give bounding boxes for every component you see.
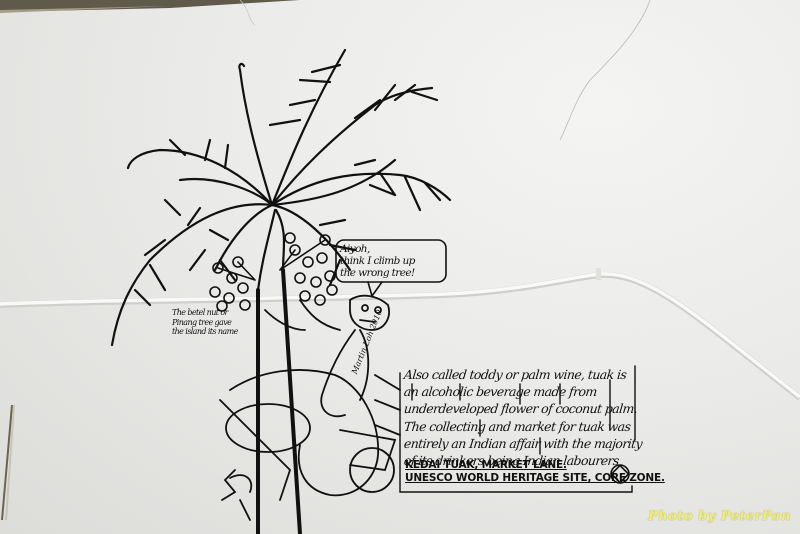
side-note-line: Pinang tree gave — [172, 318, 238, 328]
plaque-line: underdeveloped flower of coconut palm. — [403, 400, 643, 417]
speech-line: the wrong tree! — [340, 267, 415, 279]
side-note-line: the island its name — [172, 327, 238, 337]
photo-credit-watermark: Photo by PeterPan — [648, 509, 791, 524]
speech-line: Aiyoh, — [340, 243, 415, 255]
plaque-banner-location: KEDAI TUAK, MARKET LANE. — [405, 459, 567, 471]
speech-line: think I climb up — [340, 255, 415, 267]
speech-bubble-text: Aiyoh, think I climb up the wrong tree! — [340, 243, 415, 279]
side-note-line: The betel nut or — [172, 308, 238, 318]
plaque-text: Also called toddy or palm wine, tuak is … — [404, 366, 642, 469]
side-note-text: The betel nut or Pinang tree gave the is… — [172, 308, 238, 337]
plaque-line: Also called toddy or palm wine, tuak is — [403, 366, 643, 383]
plaque-line: The collecting and market for tuak was — [403, 418, 643, 435]
plaque-line: an alcoholic beverage made from — [403, 383, 643, 400]
plaque-line: entirely an Indian affair with the major… — [403, 435, 643, 452]
wall-photo: Aiyoh, think I climb up the wrong tree! … — [0, 0, 800, 534]
plaque-banner-unesco: UNESCO WORLD HERITAGE SITE, CORE ZONE. — [405, 472, 665, 484]
